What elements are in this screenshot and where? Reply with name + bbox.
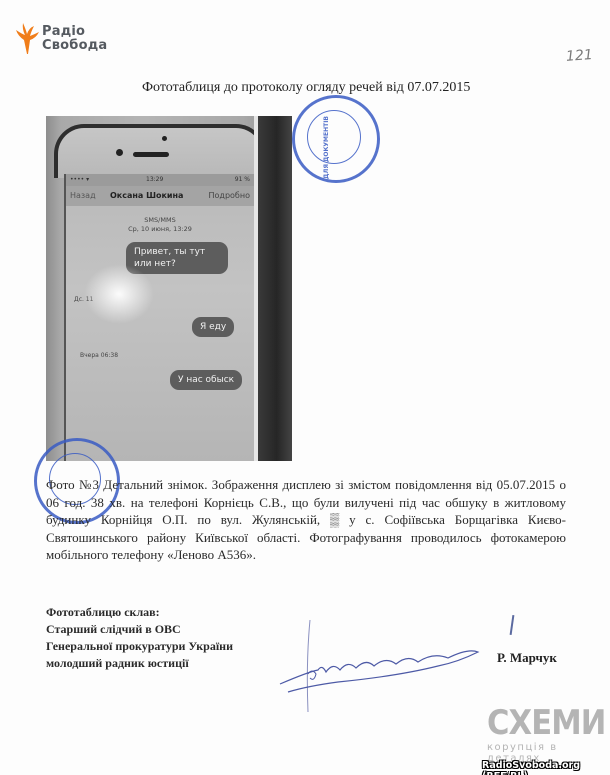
back-button: Назад bbox=[70, 191, 96, 200]
flame-logo-icon bbox=[14, 22, 40, 56]
logo-line-1: Радіо bbox=[42, 25, 107, 39]
message-nav-bar: Назад Оксана Шокина Подробно bbox=[66, 186, 254, 206]
sms-label: SMS/MMS bbox=[66, 216, 254, 224]
phone-camera bbox=[116, 149, 123, 156]
official-stamp: ДЛЯ ДОКУМЕНТІВ bbox=[292, 95, 380, 183]
source-credit: RadioSvoboda.org (RFE/RL) bbox=[482, 760, 610, 775]
photo-description: Фото №3 Детальний знімок. Зображення дис… bbox=[46, 476, 566, 564]
contact-name: Оксана Шокина bbox=[110, 191, 183, 200]
message-bubble: Я еду bbox=[192, 317, 234, 337]
radio-svoboda-logo: Радіо Свобода bbox=[14, 22, 107, 56]
sign-line: Генеральної прокуратури України bbox=[46, 638, 233, 655]
handwritten-page-number: 121 bbox=[565, 47, 593, 65]
sign-line: Фототаблицю склав: bbox=[46, 604, 233, 621]
sign-line: молодший радник юстиції bbox=[46, 655, 233, 672]
sign-line: Старший слідчий в ОВС bbox=[46, 621, 233, 638]
details-button: Подробно bbox=[209, 191, 250, 200]
message-bubble: У нас обыск bbox=[170, 370, 242, 390]
stamp-text: ДЛЯ ДОКУМЕНТІВ bbox=[323, 116, 330, 179]
light-glare bbox=[84, 264, 154, 324]
phone-top-bezel bbox=[54, 124, 266, 178]
phone-sensor bbox=[162, 136, 167, 141]
phone-photo: •••• ▾ 13:29 91 % Назад Оксана Шокина По… bbox=[46, 116, 292, 461]
phone-speaker bbox=[133, 152, 169, 157]
phone-side-shadow bbox=[254, 116, 292, 461]
document-title: Фототаблиця до протоколу огляду речей ві… bbox=[142, 80, 470, 96]
signer-name: Р. Марчук bbox=[497, 650, 557, 666]
handwritten-signature bbox=[278, 612, 518, 722]
logo-line-2: Свобода bbox=[42, 39, 107, 53]
timestamp: Вчера 06:38 bbox=[80, 352, 118, 359]
phone-screen: •••• ▾ 13:29 91 % Назад Оксана Шокина По… bbox=[64, 174, 256, 461]
date-label: Ср, 10 июня, 13:29 bbox=[66, 225, 254, 233]
signature-block: Фототаблицю склав: Старший слідчий в ОВС… bbox=[46, 604, 233, 672]
schemes-brand: СХЕМИ bbox=[487, 703, 606, 743]
status-bar: •••• ▾ 13:29 91 % bbox=[66, 174, 254, 186]
